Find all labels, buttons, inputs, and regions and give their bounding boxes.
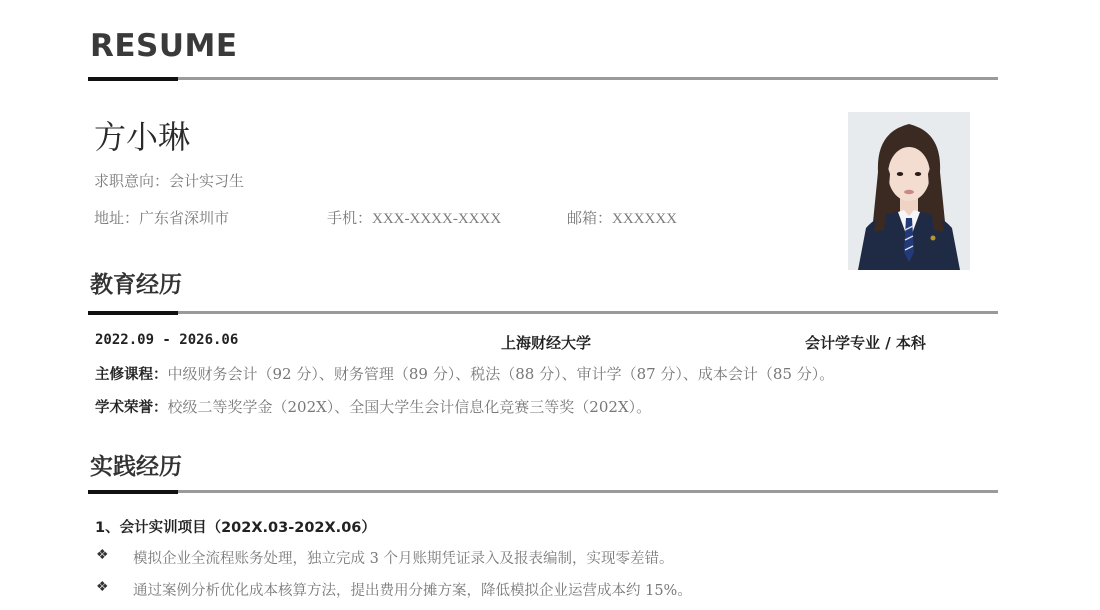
practice-item-title: 1、会计实训项目（202X.03-202X.06） [95,516,376,537]
candidate-name: 方小琳 [94,112,190,158]
phone: 手机：XXX-XXXX-XXXX [327,207,501,228]
address: 地址：广东省深圳市 [94,207,229,228]
education-major-degree: 会计学专业 / 本科 [805,332,926,353]
job-intention: 求职意向：会计实习生 [94,170,244,191]
phone-label: 手机： [327,209,372,227]
courses-value: 中级财务会计（92 分）、财务管理（89 分）、税法（88 分）、审计学（87 … [168,365,835,383]
portrait-image [848,112,970,270]
address-value: 广东省深圳市 [139,209,229,227]
practice-bullet: 模拟企业全流程账务处理，独立完成 3 个月账期凭证录入及报表编制，实现零差错。 [133,547,673,568]
honors-label: 学术荣誉： [95,400,168,416]
bullet-diamond-icon: ❖ [96,547,109,563]
education-courses: 主修课程：中级财务会计（92 分）、财务管理（89 分）、税法（88 分）、审计… [95,363,834,384]
email-value: XXXXXX [612,211,677,227]
resume-title: RESUME [90,28,238,64]
education-school: 上海财经大学 [501,332,591,353]
header-divider-accent [88,77,178,81]
courses-label: 主修课程： [95,367,168,383]
email-label: 邮箱： [567,209,612,227]
education-period: 2022.09 - 2026.06 [95,332,238,348]
phone-value: XXX-XXXX-XXXX [372,211,501,227]
header-divider [88,77,998,80]
practice-section-title: 实践经历 [90,448,182,481]
education-divider [88,311,998,314]
profile-photo [848,112,970,270]
email: 邮箱：XXXXXX [567,207,677,228]
practice-bullet: 通过案例分析优化成本核算方法，提出费用分摊方案，降低模拟企业运营成本约 15%。 [133,579,692,600]
job-intention-value: 会计实习生 [169,172,244,190]
education-section-title: 教育经历 [90,266,182,299]
job-intention-label: 求职意向： [94,172,169,190]
practice-divider [88,490,998,493]
education-honors: 学术荣誉：校级二等奖学金（202X）、全国大学生会计信息化竞赛三等奖（202X）… [95,396,651,417]
bullet-diamond-icon: ❖ [96,579,109,595]
honors-value: 校级二等奖学金（202X）、全国大学生会计信息化竞赛三等奖（202X）。 [168,398,652,416]
address-label: 地址： [94,209,139,227]
education-divider-accent [88,311,178,315]
practice-divider-accent [88,490,178,494]
